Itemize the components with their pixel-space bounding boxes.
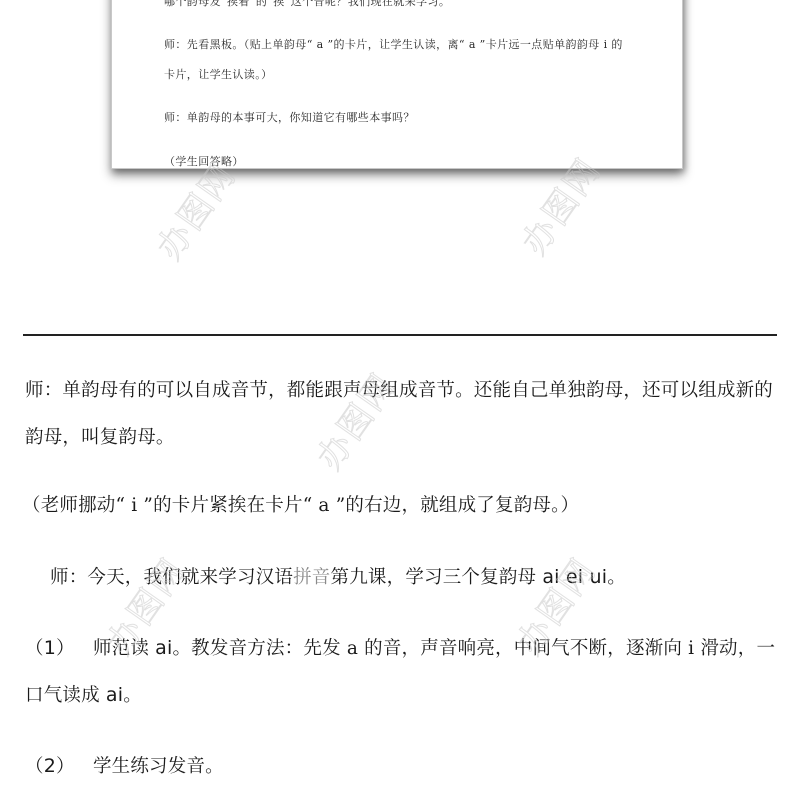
item-2-text: 学生练习发音。 bbox=[93, 756, 224, 777]
preview-line-1: 哪个韵母发“挨着”的“挨”这个音呢？我们现在就来学习。 bbox=[164, 0, 450, 8]
item-1-line-2-text: 口气读成 bbox=[25, 685, 106, 706]
paragraph-3-end: 。 bbox=[607, 567, 626, 588]
paragraph-3-middle: 第九课，学习三个复韵母 bbox=[331, 567, 543, 588]
watermark-3: 办图网 bbox=[303, 361, 405, 478]
paragraph-1-line-1: 师：单韵母有的可以自成音节，都能跟声母组成音节。还能自己单独韵母，还可以组成新的 bbox=[25, 380, 773, 402]
preview-line-3: 卡片，让学生认读。） bbox=[164, 68, 273, 81]
paragraph-3-prefix: 师：今天，我们就来学习汉语 bbox=[50, 567, 293, 588]
preview-line-5: （学生回答略） bbox=[164, 155, 244, 168]
item-1-pinyin-ai: ai bbox=[155, 637, 172, 659]
section-divider bbox=[23, 334, 777, 336]
list-item-1-line-2: 口气读成 ai。 bbox=[25, 684, 142, 707]
paragraph-3: 师：今天，我们就来学习汉语拼音第九课，学习三个复韵母 ai ei ui。 bbox=[50, 566, 626, 589]
document-preview-card: 哪个韵母发“挨着”的“挨”这个音呢？我们现在就来学习。 师：先看黑板。（贴上单韵… bbox=[111, 0, 683, 169]
item-1-line-2-end: 。 bbox=[123, 685, 142, 706]
preview-line-4: 师：单韵母的本事可大，你知道它有哪些本事吗？ bbox=[164, 111, 415, 124]
item-1-text-a: 师范读 bbox=[93, 638, 155, 659]
pinyin-finals: ai ei ui bbox=[542, 566, 607, 588]
item-1-number: 1 bbox=[44, 637, 56, 659]
paragraph-3-faded-word: 拼音 bbox=[293, 567, 330, 588]
item-2-close-paren: ） bbox=[56, 756, 75, 777]
item-2-number: 2 bbox=[44, 755, 56, 777]
list-item-1-line-1: （1） 师范读 ai。教发音方法：先发 a 的音，声音响亮，中间气不断，逐渐向 … bbox=[25, 637, 775, 660]
paragraph-2: （老师挪动“ i ”的卡片紧挨在卡片“ a ”的右边，就组成了复韵母。） bbox=[22, 495, 579, 517]
item-1-line-2-pinyin: ai bbox=[106, 684, 123, 706]
list-item-2: （2） 学生练习发音。 bbox=[25, 755, 224, 778]
item-2-open-paren: （ bbox=[25, 756, 44, 777]
item-1-text-b: 。教发音方法：先发 a 的音，声音响亮，中间气不断，逐渐向 i 滑动，一 bbox=[172, 638, 775, 659]
preview-line-2: 师：先看黑板。（贴上单韵母“ a ”的卡片，让学生认读，离“ a ”卡片远一点贴… bbox=[164, 38, 623, 51]
paragraph-1-line-2: 韵母，叫复韵母。 bbox=[25, 427, 175, 449]
item-1-close-paren: ） bbox=[56, 638, 75, 659]
item-1-open-paren: （ bbox=[25, 638, 44, 659]
